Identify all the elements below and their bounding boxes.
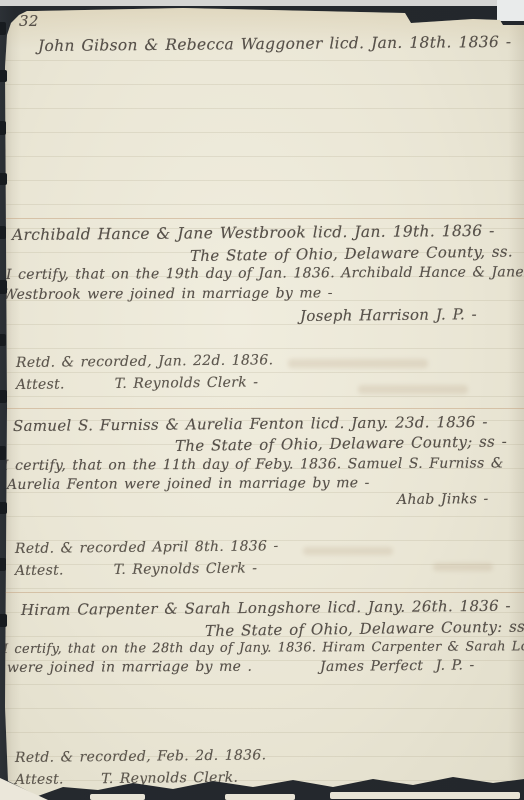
attest-line: Attest. T. Reynolds Clerk - — [16, 374, 258, 393]
ink-bleedthrough — [433, 563, 493, 571]
officiant-signature: Joseph Harrison J. P. - — [300, 305, 477, 325]
binding-stitch — [0, 226, 6, 239]
license-line: Samuel S. Furniss & Aurelia Fenton licd.… — [13, 413, 488, 435]
page-number: 32 — [19, 12, 39, 30]
ink-bleedthrough — [358, 385, 468, 394]
state-county-line: The State of Ohio, Delaware County; ss - — [175, 432, 507, 455]
scan-top-right-edge — [497, 0, 524, 21]
binding-stitch — [0, 121, 6, 135]
under-page-edge — [330, 792, 520, 799]
license-line: Archibald Hance & Jane Westbrook licd. J… — [12, 222, 495, 244]
license-line: Hiram Carpenter & Sarah Longshore licd. … — [21, 597, 511, 619]
license-line: John Gibson & Rebecca Waggoner licd. Jan… — [38, 33, 511, 55]
ledger-page: 32 John Gibson & Rebecca Waggoner licd. … — [3, 7, 524, 798]
recorded-line: Retd. & recorded, Feb. 2d. 1836. — [15, 747, 266, 766]
scan-top-edge — [0, 0, 524, 6]
ledger-rule — [3, 218, 524, 219]
recorded-line: Retd. & recorded April 8th. 1836 - — [15, 538, 279, 557]
recorded-line: Retd. & recorded, Jan. 22d. 1836. — [16, 352, 273, 371]
scanned-ledger-sheet: 32 John Gibson & Rebecca Waggoner licd. … — [0, 0, 524, 800]
ledger-rule — [3, 592, 524, 593]
binding-stitch — [0, 334, 6, 346]
certification-line-1: I certify, that on the 11th day of Feby.… — [3, 455, 504, 474]
officiant-signature: Ahab Jinks - — [397, 491, 489, 508]
state-county-line: The State of Ohio, Delaware County: ss - — [205, 617, 524, 640]
certification-line-2: Aurelia Fenton were joined in marriage b… — [7, 475, 370, 493]
binding-stitch — [0, 70, 7, 82]
binding-stitch — [0, 280, 7, 294]
attest-line: Attest. T. Reynolds Clerk. — [15, 770, 238, 788]
binding-stitch — [0, 614, 7, 627]
state-county-line: The State of Ohio, Delaware County, ss. — [190, 242, 513, 265]
certification-line-1: I certify, that on the 19th day of Jan. … — [6, 264, 524, 283]
binding-stitch — [0, 502, 7, 514]
ink-bleedthrough — [288, 359, 428, 368]
binding-stitch — [0, 390, 7, 403]
under-page-edge — [225, 794, 295, 800]
certification-line-2: were joined in marriage by me . — [7, 659, 252, 676]
ledger-rule — [3, 408, 524, 409]
binding-stitch — [0, 446, 6, 460]
binding-stitch — [0, 558, 6, 571]
attest-line: Attest. T. Reynolds Clerk - — [15, 560, 257, 579]
officiant-signature: James Perfect J. P. - — [320, 657, 475, 675]
ink-bleedthrough — [303, 547, 393, 555]
binding-stitch — [0, 173, 7, 185]
certification-line-1: I certify, that on the 28th day of Jany.… — [3, 639, 524, 657]
under-page-edge — [90, 794, 145, 800]
binding-stitch — [0, 22, 6, 35]
certification-line-2: Westbrook were joined in marriage by me … — [3, 285, 333, 303]
